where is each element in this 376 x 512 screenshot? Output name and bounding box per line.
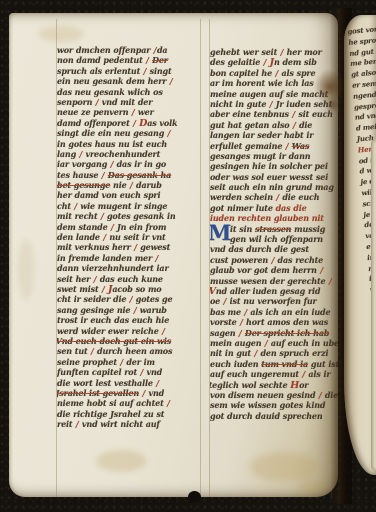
text-segment: swet mist bbox=[57, 284, 101, 294]
text-segment: sen tut bbox=[57, 346, 90, 356]
text-segment: vnd bbox=[146, 388, 164, 398]
manuscript-text-line: nit in gut / den spruch erzi bbox=[210, 348, 338, 358]
text-segment: meine augen auf sie macht bbox=[210, 89, 328, 99]
page-edge-notch bbox=[188, 491, 201, 503]
manuscript-text-line: cht ir seider die / gotes ge bbox=[57, 294, 203, 304]
text-segment: auf euch in ubel bbox=[268, 338, 338, 348]
manuscript-text-line: in fremde landen mer / bbox=[57, 253, 203, 263]
manuscript-text-line: glaub vor got dem herrn / bbox=[210, 265, 338, 275]
manuscript-text-line: sen tut / durch heen amos bbox=[57, 346, 203, 356]
manuscript-text-line: cht / wie mugent ir singe bbox=[57, 201, 203, 211]
manuscript-text-line: iar vorgang / das ir in go bbox=[57, 159, 203, 169]
stain-left-margin bbox=[18, 240, 34, 300]
text-segment: da bbox=[157, 45, 167, 55]
manuscript-text-line: (Vnd aller iuden gesag rid bbox=[210, 286, 338, 296]
text-segment: dann vierzehnhundert iar bbox=[57, 263, 169, 273]
text-segment: erfullet gemaine bbox=[210, 141, 285, 151]
text-segment: / bbox=[166, 398, 170, 408]
manuscript-text-line: bet gesunge nie / darub bbox=[57, 180, 203, 190]
text-segment: it sin bbox=[230, 224, 255, 234]
text-segment: Was bbox=[292, 141, 310, 151]
text-segment: Jn ein from bbox=[114, 222, 166, 232]
text-segment: in gotes haus nu ist euch bbox=[57, 139, 167, 149]
text-segment: damd offenporet bbox=[57, 118, 132, 128]
text-segment: her damd von euch spri bbox=[57, 190, 160, 200]
text-segment: nie bbox=[110, 180, 129, 190]
text-segment: vnd das durch die gest bbox=[210, 244, 309, 254]
manuscript-text-line: swet mist / Jacob so mo bbox=[57, 284, 203, 294]
manuscript-text-line: damd offenporet / Das volk bbox=[57, 118, 203, 128]
text-segment: ar im horent wie ich las bbox=[210, 78, 314, 88]
text-segment: nd aller iuden gesag rid bbox=[216, 286, 321, 296]
text-segment: / bbox=[155, 253, 159, 263]
text-segment: vnd bbox=[144, 367, 162, 377]
manuscript-text-line: die wort lest vesthalle / bbox=[57, 378, 203, 388]
text-segment: / bbox=[162, 326, 166, 336]
text-segment: die bbox=[296, 120, 312, 130]
stain-bottom-right bbox=[250, 452, 320, 482]
manuscript-text-line: (Vnd euch doch gut ein wis bbox=[57, 336, 203, 346]
manuscript-text-line: nicht in gute / Jr iuden seht bbox=[210, 99, 338, 109]
text-segment: vnd mit der bbox=[99, 97, 152, 107]
manuscript-text-line: bas me / als ich an ein iude bbox=[210, 307, 338, 317]
text-segment: des gelaitie bbox=[210, 57, 263, 67]
text-segment: vreochenhundert bbox=[83, 149, 161, 159]
manuscript-text-line: gut hat getan also / die bbox=[210, 120, 338, 130]
text-segment: gen wil ich offenparn bbox=[230, 234, 323, 244]
text-segment: non damd pedentut bbox=[57, 55, 145, 65]
text-segment: nit in gut bbox=[210, 348, 254, 358]
text-segment: langen iar seder habt ir bbox=[210, 130, 313, 140]
manuscript-text-line: Mit sin strassen mussig bbox=[210, 224, 338, 234]
text-segment: senporn bbox=[57, 97, 95, 107]
text-segment: acob so mo bbox=[112, 284, 161, 294]
text-segment: / bbox=[320, 265, 324, 275]
manuscript-text-line: von disem neuen gesind / die bbox=[210, 390, 338, 400]
text-segment: in fremde landen mer bbox=[57, 253, 155, 263]
manuscript-text-line: gen wil ich offenparn bbox=[210, 234, 338, 244]
text-segment: n dem sib bbox=[274, 57, 317, 67]
manuscript-text-line: musse wesen der gerechte / bbox=[210, 276, 338, 286]
manuscript-text-line: vorste / hort amos den was bbox=[210, 317, 338, 327]
text-segment: sem wie wissen gotes kind bbox=[210, 400, 325, 410]
text-segment: neue ze penvern bbox=[57, 107, 131, 117]
text-segment: von disem neuen gesind bbox=[210, 390, 318, 400]
text-segment: bet gesunge bbox=[57, 180, 110, 190]
manuscript-text-line: werd wider ewer reiche / bbox=[57, 326, 203, 336]
text-segment: cht ir seider die bbox=[57, 294, 129, 304]
manuscript-text-line: langen iar seder habt ir bbox=[210, 130, 338, 140]
text-segment: bas me bbox=[210, 307, 244, 317]
manuscript-text-line: her damd von euch spri bbox=[57, 190, 203, 200]
manuscript-text-line: oe / ist nu verworfen fur bbox=[210, 296, 338, 306]
manuscript-text-line: auf euch ungeremut / als ir bbox=[210, 369, 338, 379]
manuscript-text-line: aber eine tenbnus / sit euch bbox=[210, 109, 338, 119]
text-segment: got nimer lute bbox=[210, 203, 276, 213]
text-column-right: gehebt wer seit / her mordes gelaitie / … bbox=[210, 47, 338, 429]
manuscript-text-line: mein augen / auf euch in ubel bbox=[210, 338, 338, 348]
manuscript-text-line: gehebt wer seit / her mor bbox=[210, 47, 338, 57]
text-segment: werden schein bbox=[210, 192, 276, 202]
text-segment: he sprort bbox=[348, 35, 376, 47]
text-segment: wie mugent ir singe bbox=[78, 201, 168, 211]
text-segment: den spruch erzi bbox=[258, 348, 329, 358]
text-segment: oder was sol euer wesst sei bbox=[210, 172, 328, 182]
manuscript-text-line: vnd das durch die gest bbox=[210, 244, 338, 254]
text-segment: seit auch ein nin grund mag bbox=[210, 182, 334, 192]
text-segment: iar vorgang bbox=[57, 159, 110, 169]
stain-bottom-corner bbox=[300, 480, 326, 494]
manuscript-text-line: singt die ein neu gesang / bbox=[57, 128, 203, 138]
manuscript-text-line: den lande / nu seit ir vnt bbox=[57, 232, 203, 242]
manuscript-text-line: oder was sol euer wesst sei bbox=[210, 172, 338, 182]
manuscript-text-line: des gelaitie / Jn dem sib bbox=[210, 57, 338, 67]
manuscript-text-line: euch iuden tum vnd ia gut ist bbox=[210, 359, 338, 369]
text-segment: D bbox=[139, 118, 147, 129]
manuscript-text-line: mit recht / gotes gesank in bbox=[57, 211, 203, 221]
manuscript-page-left: wor dmchen offenpar /danon damd pedentut… bbox=[9, 13, 338, 497]
text-segment: das euch kune bbox=[97, 274, 163, 284]
manuscript-text-line: nieme hobt si auf achtet / bbox=[57, 398, 203, 408]
manuscript-text-line: funften capitel rot / vnd bbox=[57, 367, 203, 377]
manuscript-text-line: (Jsrahel ist gevallen / vnd bbox=[57, 388, 203, 398]
text-segment: musse wesen der gerechte bbox=[210, 276, 328, 286]
manuscript-text-line: neue ze penvern / wer bbox=[57, 107, 203, 117]
text-segment: das die bbox=[276, 203, 307, 213]
text-segment: reit bbox=[57, 419, 75, 429]
text-segment: strassen bbox=[255, 224, 291, 234]
text-segment: gost vorb bbox=[347, 24, 376, 36]
text-segment: her mor bbox=[284, 47, 322, 57]
text-segment: Vnd euch doch gut ein wis bbox=[57, 336, 171, 346]
text-segment: gewest bbox=[137, 242, 170, 252]
text-segment: trost ir euch das euch hie bbox=[57, 315, 169, 325]
text-segment: die euch bbox=[279, 192, 319, 202]
text-segment: / bbox=[169, 76, 173, 86]
text-segment: werd wider ewer reiche bbox=[57, 326, 162, 336]
manuscript-text-line: mit verknus herr / gewest bbox=[57, 242, 203, 252]
text-segment: das rechte bbox=[275, 255, 323, 265]
text-segment: bon capitel he bbox=[210, 68, 275, 78]
text-segment: Der bbox=[152, 55, 168, 65]
manuscript-text-line: seit auch ein nin grund mag bbox=[210, 182, 338, 192]
stain-top-left bbox=[38, 26, 84, 42]
text-segment: oe bbox=[210, 296, 223, 306]
text-segment: gotes gesank in bbox=[104, 211, 175, 221]
text-segment: mit recht bbox=[57, 211, 100, 221]
manuscript-text-line: seine prophet / der im bbox=[57, 357, 203, 367]
text-segment: cust poweren bbox=[210, 255, 271, 265]
text-segment: seine prophet bbox=[57, 357, 120, 367]
text-segment: Her bbox=[357, 144, 372, 154]
manuscript-text-line: spruch als erlentut / singt bbox=[57, 66, 203, 76]
manuscript-text-line: sang gesinge nie / warub bbox=[57, 305, 203, 315]
text-segment: euch iuden bbox=[210, 359, 261, 369]
manuscript-text-line: wor dmchen offenpar /da bbox=[57, 45, 203, 55]
text-column-left: wor dmchen offenpar /danon damd pedentut… bbox=[57, 45, 203, 435]
manuscript-text-line: gesingen hie in solcher pei bbox=[210, 161, 338, 171]
text-segment: gesanges mugt ir dann bbox=[210, 151, 310, 161]
text-segment: tes hause bbox=[57, 170, 101, 180]
text-segment: tum vnd ia bbox=[261, 359, 308, 369]
manuscript-text-line: dem stande / Jn ein from bbox=[57, 222, 203, 232]
manuscript-text-line: got nimer lute das die bbox=[210, 203, 338, 213]
text-segment: mussig bbox=[291, 224, 325, 234]
text-segment: vorste bbox=[210, 317, 239, 327]
text-segment: / bbox=[156, 378, 160, 388]
stain-bottom-left bbox=[96, 450, 146, 472]
text-segment: hort amos den was bbox=[243, 317, 328, 327]
manuscript-text-line: lang / vreochenhundert bbox=[57, 149, 203, 159]
text-segment: H bbox=[290, 380, 299, 391]
photo-backdrop: wor dmchen offenpar /danon damd pedentut… bbox=[0, 0, 376, 512]
text-segment: gt also bbox=[351, 68, 376, 79]
manuscript-text-line: (teglich wol sechte Hor bbox=[210, 380, 338, 390]
manuscript-text-line: ar im horent wie ich las bbox=[210, 78, 338, 88]
underlying-page-edge bbox=[371, 140, 376, 470]
text-segment: funften capitel rot bbox=[57, 367, 140, 377]
text-segment: singt die ein neu gesang bbox=[57, 128, 167, 138]
text-segment: / bbox=[167, 128, 171, 138]
text-segment: mein augen bbox=[210, 338, 264, 348]
text-segment: seit her bbox=[57, 274, 93, 284]
text-segment: glaub vor got dem herrn bbox=[210, 265, 320, 275]
text-segment: ist nu verworfen fur bbox=[227, 296, 317, 306]
manuscript-text-line: tes hause / Das gesank ha bbox=[57, 170, 203, 180]
manuscript-text-line: bon capitel he / als spre bbox=[210, 68, 338, 78]
text-segment: lang bbox=[57, 149, 79, 159]
text-segment: Jsrahel ist gevallen bbox=[57, 388, 139, 398]
text-segment: mit verknus herr bbox=[57, 242, 134, 252]
text-segment: as volk bbox=[147, 118, 177, 128]
text-segment: gut hat getan also bbox=[210, 120, 292, 130]
manuscript-text-line: sagen / Der spricht ich hab bbox=[210, 328, 338, 338]
manuscript-text-line: reit / vnd wirt nicht auf bbox=[57, 419, 203, 429]
text-segment: nicht in gute bbox=[210, 99, 269, 109]
text-segment: Der spricht ich hab bbox=[245, 328, 329, 338]
text-segment: auf euch ungeremut bbox=[210, 369, 302, 379]
text-segment: gotes ge bbox=[133, 294, 173, 304]
text-segment: die wort lest vesthalle bbox=[57, 378, 156, 388]
text-segment: durch heen amos bbox=[94, 346, 172, 356]
text-segment: dem stande bbox=[57, 222, 110, 232]
manuscript-text-line: ein neu gesank dem herr / bbox=[57, 76, 203, 86]
text-segment: wer bbox=[135, 107, 154, 117]
manuscript-text-line: meine augen auf sie macht bbox=[210, 89, 338, 99]
text-segment: vnd wirt nicht auf bbox=[79, 419, 160, 429]
text-segment: als spre bbox=[279, 68, 316, 78]
manuscript-text-line: seit her / das euch kune bbox=[57, 274, 203, 284]
text-segment: cht bbox=[57, 201, 74, 211]
text-segment: spruch als erlentut bbox=[57, 66, 143, 76]
text-segment: singt bbox=[147, 66, 172, 76]
text-segment: sagen bbox=[210, 328, 238, 338]
manuscript-text-line: das neu gesank wlich os bbox=[57, 87, 203, 97]
manuscript-text-line: cust poweren / das rechte bbox=[210, 255, 338, 265]
manuscript-text-line: non damd pedentut / Der bbox=[57, 55, 203, 65]
text-segment: als ir bbox=[306, 369, 331, 379]
text-segment: er sem bbox=[352, 78, 376, 89]
text-segment: darub bbox=[133, 180, 162, 190]
manuscript-text-line: dann vierzehnhundert iar bbox=[57, 263, 203, 273]
text-segment: ngend bbox=[353, 89, 376, 100]
manuscript-text-line: sem wie wissen gotes kind bbox=[210, 400, 338, 410]
text-segment: gesingen hie in solcher pei bbox=[210, 161, 328, 171]
text-segment: teglich wol sechte bbox=[210, 380, 290, 390]
manuscript-text-line: senporn / vnd mit der bbox=[57, 97, 203, 107]
manuscript-text-line: die richtige Jsrahel zu st bbox=[57, 409, 203, 419]
text-segment: Das gesank ha bbox=[108, 170, 171, 180]
text-segment: das neu gesank wlich os bbox=[57, 87, 163, 97]
manuscript-text-line: got durch dauid sprechen bbox=[210, 411, 338, 421]
text-segment: or bbox=[299, 380, 308, 390]
text-segment: die richtige Jsrahel zu st bbox=[57, 409, 164, 419]
text-segment: der im bbox=[124, 357, 155, 367]
manuscript-text-line: trost ir euch das euch hie bbox=[57, 315, 203, 325]
text-segment: den lande bbox=[57, 232, 103, 242]
text-segment: gehebt wer seit bbox=[210, 47, 280, 57]
text-segment: nieme hobt si auf achtet bbox=[57, 398, 166, 408]
text-segment: sang gesinge nie bbox=[57, 305, 133, 315]
text-segment: wor dmchen offenpar bbox=[57, 45, 153, 55]
text-segment: ein neu gesank dem herr bbox=[57, 76, 169, 86]
text-segment: d mein ro bbox=[355, 121, 376, 133]
manuscript-text-line: werden schein / die euch bbox=[210, 192, 338, 202]
text-segment: das ir in go bbox=[114, 159, 166, 169]
text-segment: aber eine tenbnus bbox=[210, 109, 292, 119]
text-segment: nu seit ir vnt bbox=[106, 232, 165, 242]
text-segment: warub bbox=[137, 305, 167, 315]
text-segment: Jr iuden seht bbox=[273, 99, 332, 109]
text-segment: nd gut se bbox=[349, 45, 376, 57]
text-segment: got durch dauid sprechen bbox=[210, 411, 323, 421]
manuscript-text-line: erfullet gemaine / Was bbox=[210, 141, 338, 151]
text-segment: sit euch bbox=[296, 109, 333, 119]
manuscript-text-line: in gotes haus nu ist euch bbox=[57, 139, 203, 149]
text-segment: als ich an ein iude bbox=[248, 307, 331, 317]
manuscript-text-line: gesanges mugt ir dann bbox=[210, 151, 338, 161]
